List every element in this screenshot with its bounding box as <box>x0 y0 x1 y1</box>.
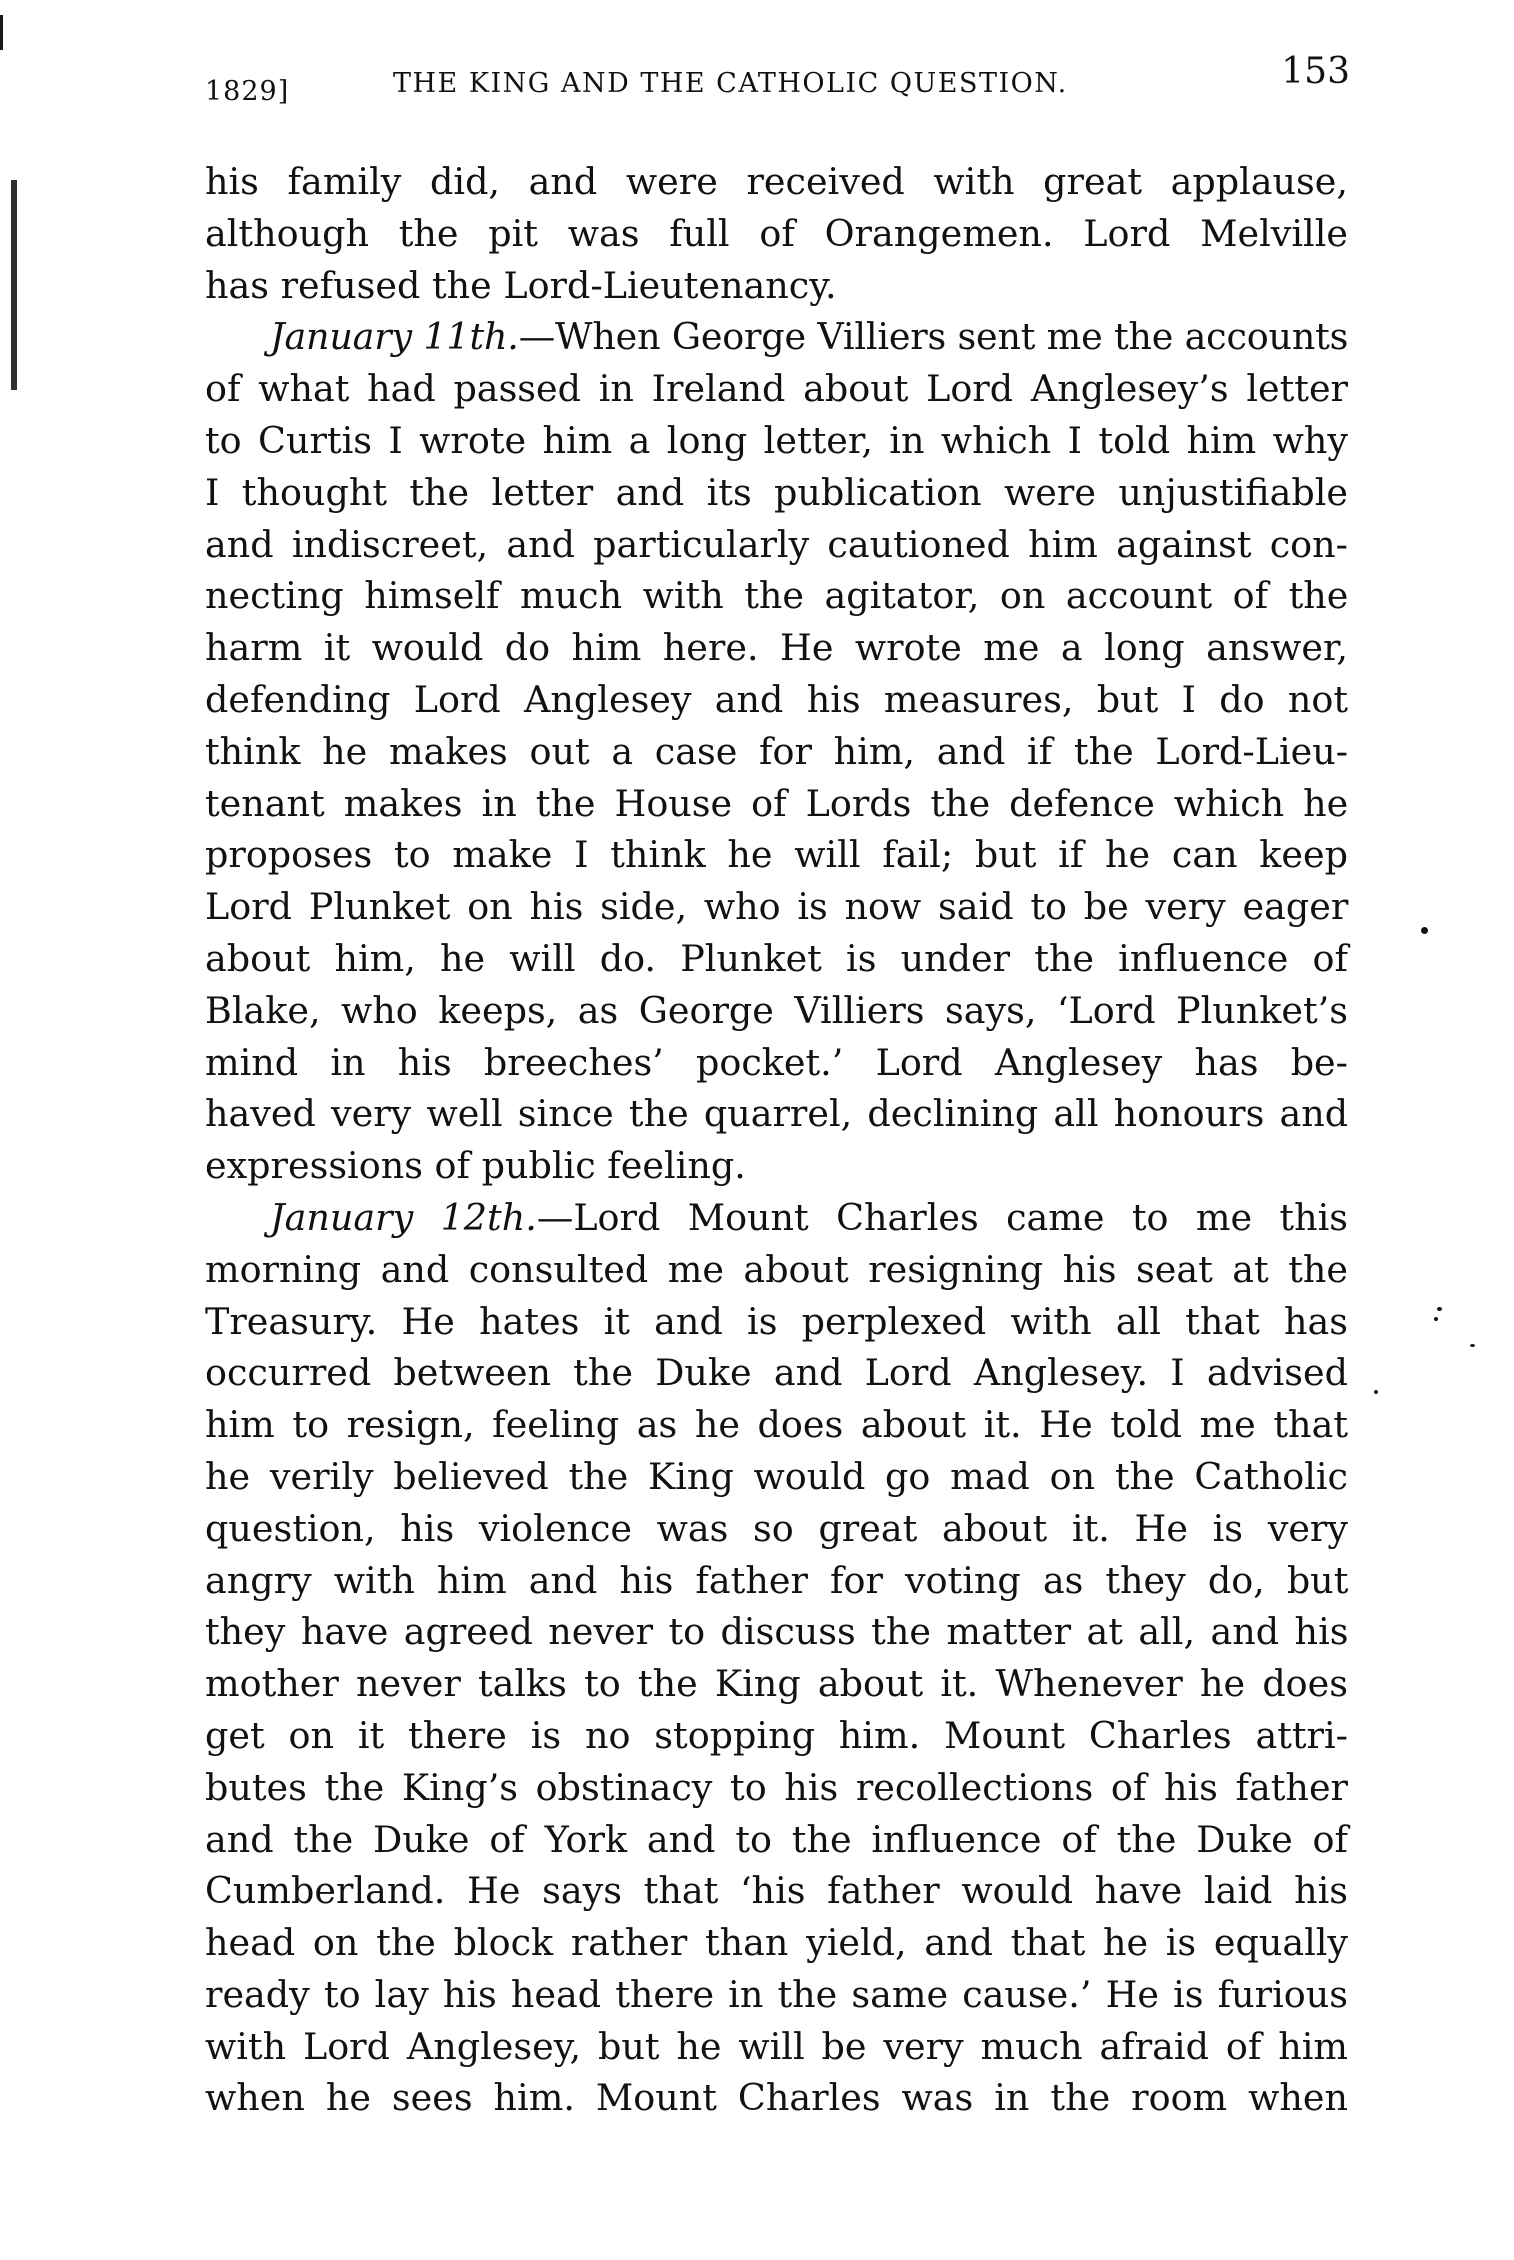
text-line: has refused the Lord-Lieutenancy. <box>205 260 1348 312</box>
text-line: harm it would do him here. He wrote me a… <box>205 622 1348 674</box>
line-text: mind in his breeches’ pocket.’ Lord Angl… <box>205 1041 1348 1084</box>
line-text: proposes to make I think he will fail; b… <box>205 833 1348 876</box>
line-text: and the Duke of York and to the influenc… <box>205 1818 1348 1861</box>
line-text: he verily believed the King would go mad… <box>205 1455 1348 1498</box>
line-text: haved very well since the quarrel, decli… <box>205 1092 1348 1135</box>
text-line: although the pit was full of Orangemen. … <box>205 208 1348 260</box>
line-text: think he makes out a case for him, and i… <box>205 730 1348 773</box>
text-line: about him, he will do. Plunket is under … <box>205 933 1348 985</box>
text-line: Cumberland. He says that ‘his father wou… <box>205 1865 1348 1917</box>
text-line: and indiscreet, and particularly caution… <box>205 519 1348 571</box>
line-text: occurred between the Duke and Lord Angle… <box>205 1351 1348 1394</box>
entry-date: January 11th. <box>270 315 519 358</box>
line-text: him to resign, feeling as he does about … <box>205 1403 1348 1446</box>
line-text: harm it would do him here. He wrote me a… <box>205 626 1348 669</box>
book-page: 1829] THE KING AND THE CATHOLIC QUESTION… <box>0 0 1514 2260</box>
line-text: I thought the letter and its publication… <box>205 471 1348 514</box>
line-text: of what had passed in Ireland about Lord… <box>205 367 1348 410</box>
text-line: Treasury. He hates it and is perplexed w… <box>205 1296 1348 1348</box>
scan-speck <box>1470 1344 1475 1347</box>
text-line: and the Duke of York and to the influenc… <box>205 1814 1348 1866</box>
diary-entry-line: January 11th.—When George Villiers sent … <box>205 311 1348 363</box>
scan-speck <box>1434 1317 1438 1321</box>
entry-date: January 12th. <box>270 1196 537 1239</box>
text-line: think he makes out a case for him, and i… <box>205 726 1348 778</box>
text-line: butes the King’s obstinacy to his recoll… <box>205 1762 1348 1814</box>
line-text: mother never talks to the King about it.… <box>205 1662 1348 1705</box>
text-line: of what had passed in Ireland about Lord… <box>205 363 1348 415</box>
scan-speck <box>1421 927 1428 934</box>
line-text: with Lord Anglesey, but he will be very … <box>205 2025 1348 2068</box>
text-line: I thought the letter and its publication… <box>205 467 1348 519</box>
line-text: morning and consulted me about resigning… <box>205 1248 1348 1291</box>
text-line: ready to lay his head there in the same … <box>205 1969 1348 2021</box>
line-text: although the pit was full of Orangemen. … <box>205 212 1348 255</box>
scan-edge-artifact <box>0 15 3 50</box>
text-line: head on the block rather than yield, and… <box>205 1917 1348 1969</box>
line-text: and indiscreet, and particularly caution… <box>205 523 1348 566</box>
running-head: 1829] THE KING AND THE CATHOLIC QUESTION… <box>205 48 1350 108</box>
page-number: 153 <box>1281 51 1350 92</box>
diary-entry-line: January 12th.—Lord Mount Charles came to… <box>205 1192 1348 1244</box>
line-text: ready to lay his head there in the same … <box>205 1973 1348 2016</box>
line-text: they have agreed never to discuss the ma… <box>205 1610 1348 1653</box>
text-line: mother never talks to the King about it.… <box>205 1658 1348 1710</box>
text-line: occurred between the Duke and Lord Angle… <box>205 1347 1348 1399</box>
line-text: his family did, and were received with g… <box>205 160 1348 203</box>
line-text: to Curtis I wrote him a long letter, in … <box>205 419 1348 462</box>
line-text: butes the King’s obstinacy to his recoll… <box>205 1766 1348 1809</box>
text-line: he verily believed the King would go mad… <box>205 1451 1348 1503</box>
scan-speck <box>1437 1307 1442 1311</box>
line-text: tenant makes in the House of Lords the d… <box>205 782 1348 825</box>
text-line: proposes to make I think he will fail; b… <box>205 829 1348 881</box>
line-text: head on the block rather than yield, and… <box>205 1921 1348 1964</box>
line-text: when he sees him. Mount Charles was in t… <box>205 2076 1348 2119</box>
line-text: Lord Plunket on his side, who is now sai… <box>205 885 1348 928</box>
text-line: they have agreed never to discuss the ma… <box>205 1606 1348 1658</box>
text-line: defending Lord Anglesey and his measures… <box>205 674 1348 726</box>
line-text: defending Lord Anglesey and his measures… <box>205 678 1348 721</box>
text-line: with Lord Anglesey, but he will be very … <box>205 2021 1348 2073</box>
line-text: Blake, who keeps, as George Villiers say… <box>205 989 1348 1032</box>
line-text: necting himself much with the agitator, … <box>205 574 1348 617</box>
line-text: question, his violence was so great abou… <box>205 1507 1348 1550</box>
line-text: Cumberland. He says that ‘his father wou… <box>205 1869 1348 1912</box>
body-text: his family did, and were received with g… <box>205 156 1348 2124</box>
text-line: morning and consulted me about resigning… <box>205 1244 1348 1296</box>
text-line: his family did, and were received with g… <box>205 156 1348 208</box>
text-line: necting himself much with the agitator, … <box>205 570 1348 622</box>
text-line: tenant makes in the House of Lords the d… <box>205 778 1348 830</box>
text-line: when he sees him. Mount Charles was in t… <box>205 2072 1348 2124</box>
line-text: get on it there is no stopping him. Moun… <box>205 1714 1348 1757</box>
running-head-year: 1829] <box>205 76 289 107</box>
running-head-title: THE KING AND THE CATHOLIC QUESTION. <box>393 68 1068 99</box>
text-line: expressions of public feeling. <box>205 1140 1348 1192</box>
text-line: question, his violence was so great abou… <box>205 1503 1348 1555</box>
text-line: mind in his breeches’ pocket.’ Lord Angl… <box>205 1037 1348 1089</box>
text-line: him to resign, feeling as he does about … <box>205 1399 1348 1451</box>
line-text: angry with him and his father for voting… <box>205 1559 1348 1602</box>
line-text: —When George Villiers sent me the accoun… <box>519 315 1348 358</box>
text-line: angry with him and his father for voting… <box>205 1555 1348 1607</box>
line-text: has refused the Lord-Lieutenancy. <box>205 264 837 307</box>
line-text: expressions of public feeling. <box>205 1144 746 1187</box>
scan-speck <box>1374 1390 1378 1394</box>
text-line: get on it there is no stopping him. Moun… <box>205 1710 1348 1762</box>
text-line: Blake, who keeps, as George Villiers say… <box>205 985 1348 1037</box>
line-text: Treasury. He hates it and is perplexed w… <box>205 1300 1348 1343</box>
scan-edge-artifact <box>11 180 17 390</box>
text-line: to Curtis I wrote him a long letter, in … <box>205 415 1348 467</box>
line-text: about him, he will do. Plunket is under … <box>205 937 1348 980</box>
text-line: Lord Plunket on his side, who is now sai… <box>205 881 1348 933</box>
text-line: haved very well since the quarrel, decli… <box>205 1088 1348 1140</box>
line-text: —Lord Mount Charles came to me this <box>537 1196 1348 1239</box>
